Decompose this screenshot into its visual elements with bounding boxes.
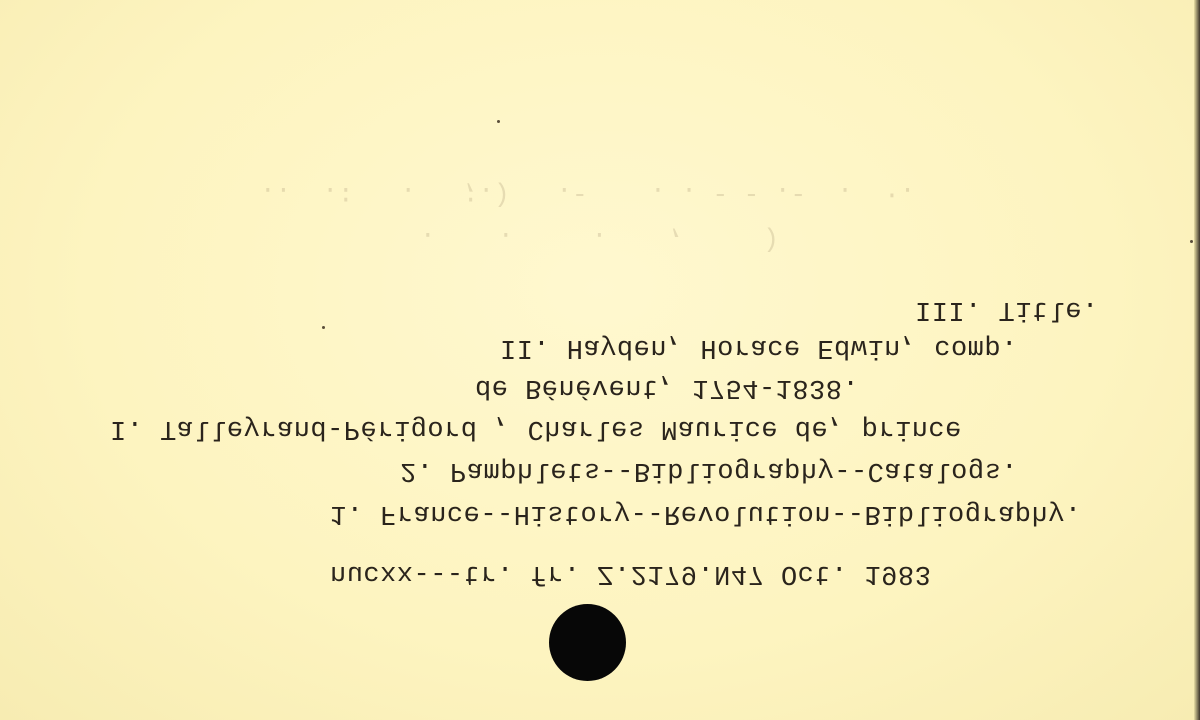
tracing-line: 2. Pamphlets--Bibliography--Catalogs.: [400, 455, 1018, 485]
speck: [322, 326, 325, 329]
call-number-line: nucxx---tr. fr. Z.2179.N47 Oct. 1983: [330, 558, 931, 588]
tracing-line: de Bénévent, 1754-1838.: [475, 372, 859, 402]
catalog-card: .. .: . ;.) .- . . - - .- . ·. . . . , )…: [0, 0, 1200, 720]
speck: [497, 120, 500, 123]
tracing-line: 1. France--History--Revolution--Bibliogr…: [330, 498, 1082, 528]
tracing-line: II. Hayden, Horace Edwin, comp.: [500, 332, 1018, 362]
speck: [1190, 240, 1193, 243]
tracing-line: III. Title.: [915, 294, 1099, 324]
bleed-through-text: .. .: . ;.) .- . . - - .- . ·.: [260, 180, 915, 210]
punch-hole: [549, 604, 626, 681]
card-edge-shadow: [1194, 0, 1200, 720]
bleed-through-text: . . . , ): [420, 225, 779, 255]
tracing-line: I. Talleyrand-Périgord , Charles Maurice…: [110, 413, 962, 443]
